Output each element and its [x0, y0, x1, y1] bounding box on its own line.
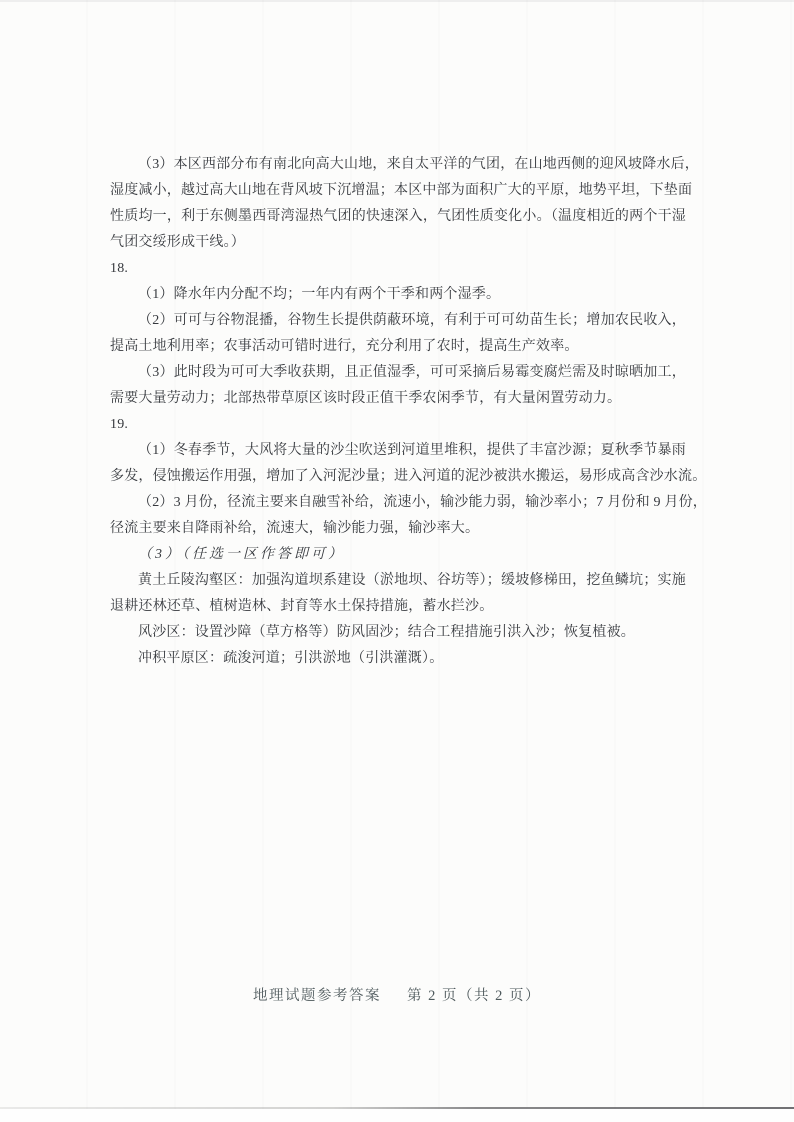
answer-19-3-loess-region: 黄土丘陵沟壑区：加强沟道坝系建设（淤地坝、谷坊等）；缓坡修梯田，挖鱼鳞坑；实施退… — [110, 568, 686, 620]
answer-18-1: （1）降水年内分配不均；一年内有两个干季和两个湿季。 — [110, 282, 686, 308]
text-line: 径流主要来自降雨补给，流速大，输沙能力强，输沙率大。 — [110, 516, 686, 542]
text-line: 冲积平原区：疏浚河道；引洪淤地（引洪灌溉）。 — [110, 646, 686, 672]
answer-19-3-windsand-region: 风沙区：设置沙障（草方格等）防风固沙；结合工程措施引洪入沙；恢复植被。 — [110, 620, 686, 646]
answer-17-3: （3）本区西部分布有南北向高大山地，来自太平洋的气团，在山地西侧的迎风坡降水后，… — [110, 152, 686, 256]
scanned-exam-answer-page: { "colors": { "paper": "#fcfcfb", "ink":… — [0, 0, 794, 1122]
scan-bottom-margin — [0, 1109, 794, 1122]
answer-18-2: （2）可可与谷物混播，谷物生长提供荫蔽环境，有利于可可幼苗生长；增加农民收入，提… — [110, 308, 686, 360]
answer-19-3-note: （3）（任选一区作答即可） — [110, 542, 686, 568]
footer-page-number: 第 2 页（共 2 页） — [407, 984, 541, 1005]
text-line: （2）3 月份，径流主要来自融雪补给，流速小，输沙能力弱，输沙率小；7 月份和 … — [110, 490, 686, 516]
text-line: 需要大量劳动力；北部热带草原区该时段正值干季农闲季节，有大量闲置劳动力。 — [110, 386, 686, 412]
answer-19-2: （2）3 月份，径流主要来自融雪补给，流速小，输沙能力弱，输沙率小；7 月份和 … — [110, 490, 686, 542]
scan-top-edge-artifact — [0, 0, 794, 2]
text-line: （3）本区西部分布有南北向高大山地，来自太平洋的气团，在山地西侧的迎风坡降水后， — [110, 152, 686, 178]
question-number: 18. — [110, 256, 686, 282]
text-line: 提高土地利用率；农事活动可错时进行，充分利用了农时，提高生产效率。 — [110, 334, 686, 360]
answer-sheet-body: （3）本区西部分布有南北向高大山地，来自太平洋的气团，在山地西侧的迎风坡降水后，… — [110, 152, 686, 672]
text-line: （3）此时段为可可大季收获期，且正值湿季，可可采摘后易霉变腐烂需及时晾晒加工， — [110, 360, 686, 386]
text-line: （2）可可与谷物混播，谷物生长提供荫蔽环境，有利于可可幼苗生长；增加农民收入， — [110, 308, 686, 334]
text-line: 风沙区：设置沙障（草方格等）防风固沙；结合工程措施引洪入沙；恢复植被。 — [110, 620, 686, 646]
text-line: 黄土丘陵沟壑区：加强沟道坝系建设（淤地坝、谷坊等）；缓坡修梯田，挖鱼鳞坑；实施 — [110, 568, 686, 594]
page-footer: 地理试题参考答案 第 2 页（共 2 页） — [0, 984, 794, 1005]
answer-19-3-alluvial-region: 冲积平原区：疏浚河道；引洪淤地（引洪灌溉）。 — [110, 646, 686, 672]
text-line: 多发，侵蚀搬运作用强，增加了入河泥沙量；进入河道的泥沙被洪水搬运，易形成高含沙水… — [110, 464, 686, 490]
text-line: （3）（任选一区作答即可） — [110, 542, 686, 568]
footer-document-title: 地理试题参考答案 — [253, 984, 381, 1005]
text-line: 性质均一，利于东侧墨西哥湾湿热气团的快速深入，气团性质变化小。（温度相近的两个干… — [110, 204, 686, 230]
text-line: （1）降水年内分配不均；一年内有两个干季和两个湿季。 — [110, 282, 686, 308]
text-line: （1）冬春季节，大风将大量的沙尘吹送到河道里堆积，提供了丰富沙源；夏秋季节暴雨 — [110, 438, 686, 464]
text-line: 退耕还林还草、植树造林、封育等水土保持措施，蓄水拦沙。 — [110, 594, 686, 620]
answer-18-3: （3）此时段为可可大季收获期，且正值湿季，可可采摘后易霉变腐烂需及时晾晒加工，需… — [110, 360, 686, 412]
answer-19-1: （1）冬春季节，大风将大量的沙尘吹送到河道里堆积，提供了丰富沙源；夏秋季节暴雨多… — [110, 438, 686, 490]
text-line: 气团交绥形成干线。） — [110, 230, 686, 256]
text-line: 湿度减小，越过高大山地在背风坡下沉增温；本区中部为面积广大的平原，地势平坦，下垫… — [110, 178, 686, 204]
question-number: 19. — [110, 412, 686, 438]
question-19-label: 19. — [110, 412, 686, 438]
question-18-label: 18. — [110, 256, 686, 282]
